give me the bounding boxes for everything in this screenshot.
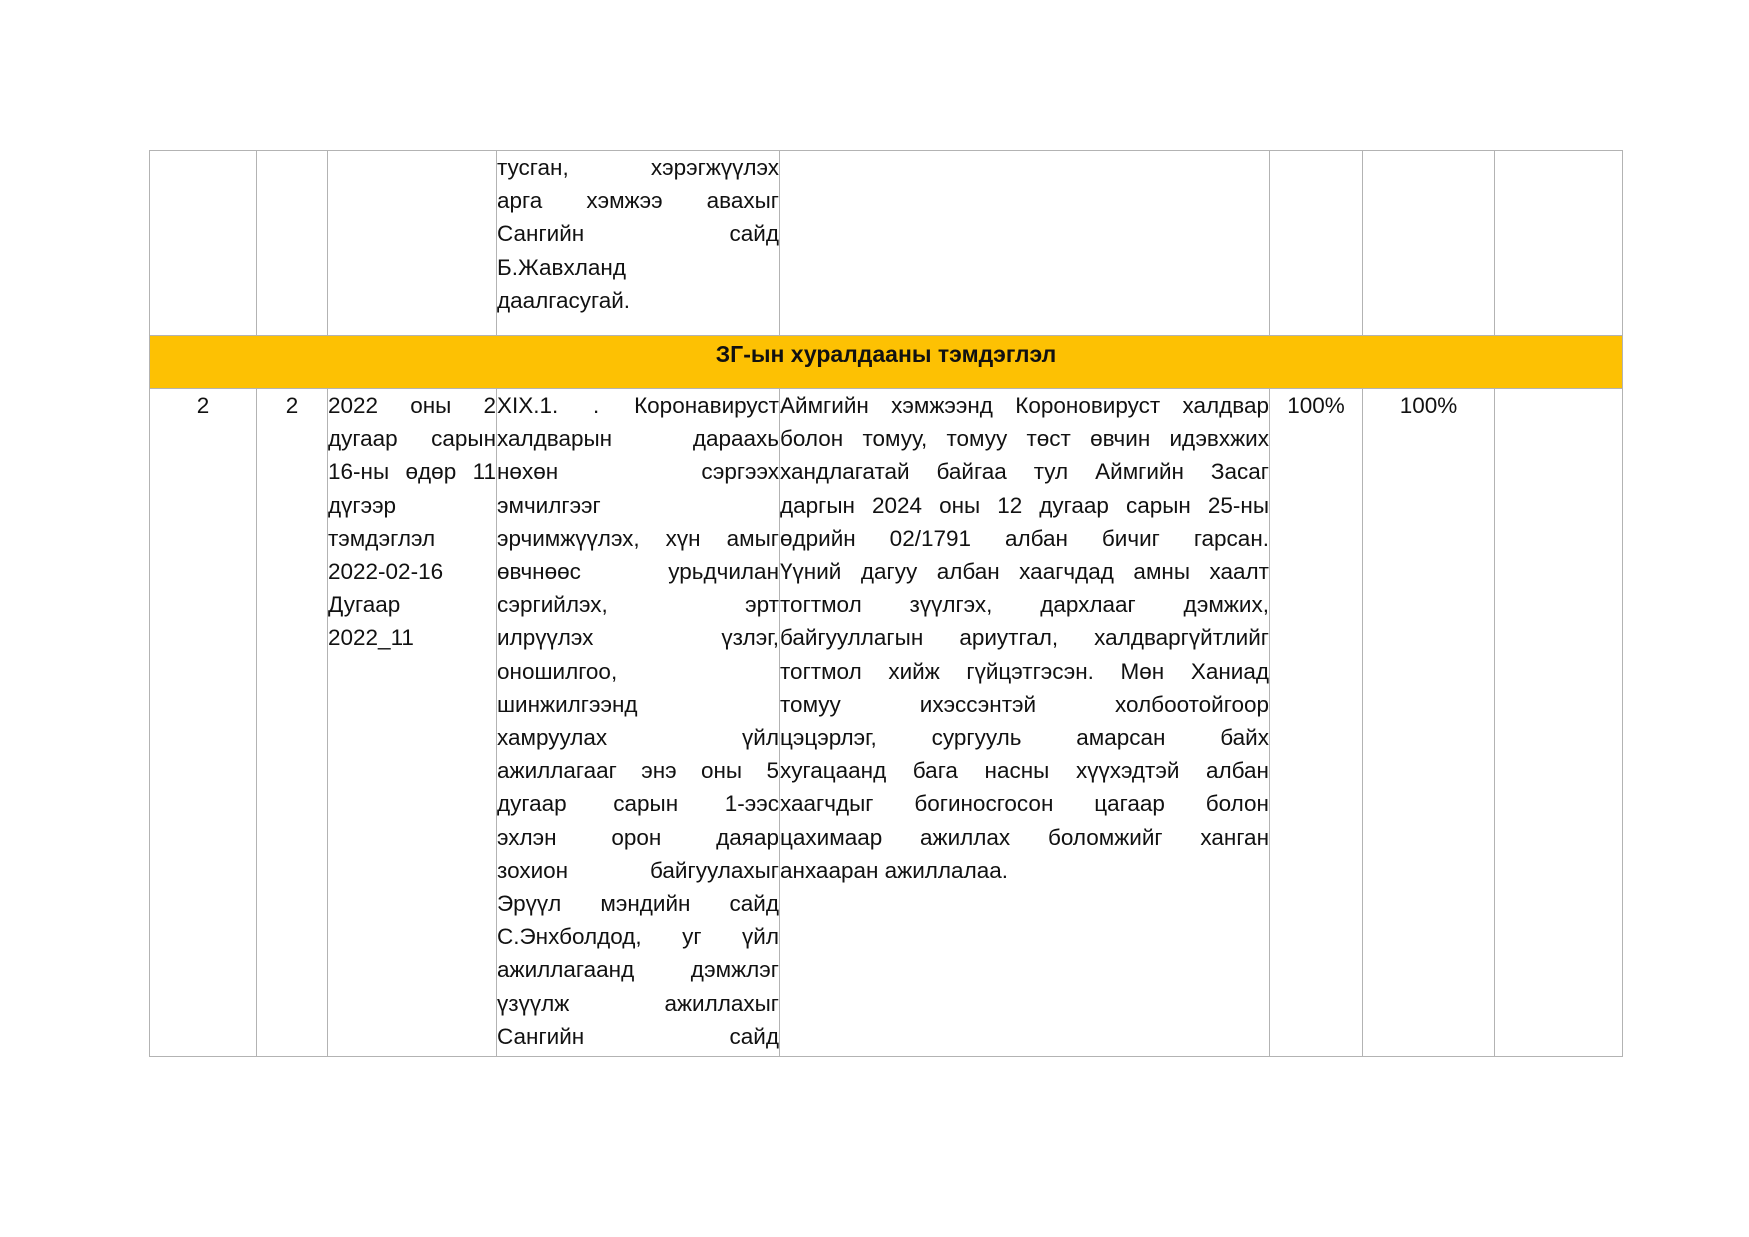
- text-line: хамруулах үйл: [497, 721, 779, 754]
- text-line: илрүүлэх үзлэг,: [497, 621, 779, 654]
- text-line: 16-ны өдөр 11: [328, 455, 496, 488]
- text-line: Сангийн сайд: [497, 217, 779, 250]
- cell-percent-a: 100%: [1270, 389, 1363, 1057]
- cell-percent-a: [1270, 151, 1363, 336]
- text-line: тэмдэглэл: [328, 522, 496, 555]
- cell-number: [150, 151, 257, 336]
- cell-implementation: Аймгийн хэмжээнд Короновируст халдварбол…: [780, 389, 1270, 1057]
- text-line: цэцэрлэг, сургууль амарсан байх: [780, 721, 1269, 754]
- section-title: ЗГ-ын хуралдааны тэмдэглэл: [150, 336, 1623, 389]
- section-header-row: ЗГ-ын хуралдааны тэмдэглэл: [150, 336, 1623, 389]
- cell-reference: 2022 оны 2дугаар сарын16-ны өдөр 11дүгээ…: [328, 389, 497, 1057]
- text-line: томуу ихэссэнтэй холбоотойгоор: [780, 688, 1269, 721]
- text-line: анхааран ажиллалаа.: [780, 854, 1269, 887]
- cell-decision: тусган, хэрэгжүүлэхарга хэмжээ авахыгСан…: [497, 151, 780, 336]
- text-line: эхлэн орон даяар: [497, 821, 779, 854]
- text-line: Сангийн сайд: [497, 1020, 779, 1053]
- text-line: тогтмол хийж гүйцэтгэсэн. Мөн Ханиад: [780, 655, 1269, 688]
- text-line: ажиллагааг энэ оны 5: [497, 754, 779, 787]
- cell-percent-b: 100%: [1363, 389, 1495, 1057]
- text-line: арга хэмжээ авахыг: [497, 184, 779, 217]
- text-line: XIX.1. . Коронавируст: [497, 389, 779, 422]
- text-line: зохион байгуулахыг: [497, 854, 779, 887]
- text-line: цахимаар ажиллах боломжийг ханган: [780, 821, 1269, 854]
- text-line: 2022-02-16: [328, 555, 496, 588]
- text-line: ажиллагаанд дэмжлэг: [497, 953, 779, 986]
- text-line: хаагчдыг богиносгосон цагаар болон: [780, 787, 1269, 820]
- table-row-continued: тусган, хэрэгжүүлэхарга хэмжээ авахыгСан…: [150, 151, 1623, 336]
- text-line: өвчнөөс урьдчилан: [497, 555, 779, 588]
- text-line: дугаар сарын 1-ээс: [497, 787, 779, 820]
- text-line: хугацаанд бага насны хүүхэдтэй албан: [780, 754, 1269, 787]
- text-line: Үүний дагуу албан хаагчдад амны хаалт: [780, 555, 1269, 588]
- text-line: халдварын дараахь: [497, 422, 779, 455]
- text-line: сэргийлэх, эрт: [497, 588, 779, 621]
- cell-note: [1495, 389, 1623, 1057]
- text-line: оношилгоо,: [497, 655, 779, 688]
- text-line: Эрүүл мэндийн сайд: [497, 887, 779, 920]
- text-line: эрчимжүүлэх, хүн амыг: [497, 522, 779, 555]
- text-line: дүгээр: [328, 489, 496, 522]
- document-page: тусган, хэрэгжүүлэхарга хэмжээ авахыгСан…: [0, 0, 1749, 1237]
- text-line: эмчилгээг: [497, 489, 779, 522]
- text-line: шинжилгээнд: [497, 688, 779, 721]
- text-line: Б.Жавхланд: [497, 251, 779, 284]
- cell-reference: [328, 151, 497, 336]
- cell-sub-number: [257, 151, 328, 336]
- cell-implementation: [780, 151, 1270, 336]
- text-line: тусган, хэрэгжүүлэх: [497, 151, 779, 184]
- text-line: даргын 2024 оны 12 дугаар сарын 25-ны: [780, 489, 1269, 522]
- text-line: үзүүлж ажиллахыг: [497, 987, 779, 1020]
- text-line: хандлагатай байгаа тул Аймгийн Засаг: [780, 455, 1269, 488]
- text-line: Аймгийн хэмжээнд Короновируст халдвар: [780, 389, 1269, 422]
- table-row: 2 2 2022 оны 2дугаар сарын16-ны өдөр 11д…: [150, 389, 1623, 1057]
- cell-percent-b: [1363, 151, 1495, 336]
- text-line: дугаар сарын: [328, 422, 496, 455]
- text-line: даалгасугай.: [497, 284, 779, 317]
- text-line: болон томуу, томуу төст өвчин идэвхжих: [780, 422, 1269, 455]
- text-line: 2022 оны 2: [328, 389, 496, 422]
- cell-decision: XIX.1. . Коронавирустхалдварын дараахьнө…: [497, 389, 780, 1057]
- text-line: Дугаар: [328, 588, 496, 621]
- text-line: байгууллагын ариутгал, халдваргүйтлийг: [780, 621, 1269, 654]
- cell-number: 2: [150, 389, 257, 1057]
- cell-note: [1495, 151, 1623, 336]
- text-line: тогтмол зүүлгэх, дархлааг дэмжих,: [780, 588, 1269, 621]
- cell-sub-number: 2: [257, 389, 328, 1057]
- text-line: нөхөн сэргээх: [497, 455, 779, 488]
- text-line: өдрийн 02/1791 албан бичиг гарсан.: [780, 522, 1269, 555]
- report-table: тусган, хэрэгжүүлэхарга хэмжээ авахыгСан…: [149, 150, 1623, 1057]
- text-line: С.Энхболдод, уг үйл: [497, 920, 779, 953]
- text-line: 2022_11: [328, 621, 496, 654]
